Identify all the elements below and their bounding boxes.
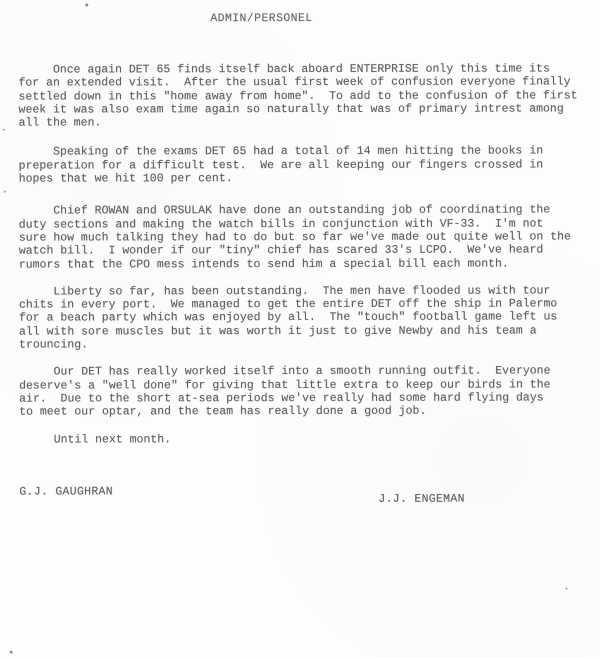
paragraph-smooth-running-outfit: Our DET has really worked itself into a …	[19, 365, 590, 419]
paragraph-exams: Speaking of the exams DET 65 had a total…	[19, 145, 590, 186]
document-body: Once again DET 65 finds itself back aboa…	[18, 62, 590, 525]
scan-speck	[85, 3, 88, 6]
page-title: ADMIN/PERSONEL	[210, 12, 312, 25]
signature-engeman: J.J. ENGEMAN	[378, 492, 464, 505]
paragraph-det65-back-aboard: Once again DET 65 finds itself back aboa…	[18, 62, 589, 130]
signature-row: G.J. GAUGHRAN J.J. ENGEMAN	[19, 484, 590, 525]
scan-speck	[4, 191, 6, 193]
paragraph-chiefs-watch-bills: Chief ROWAN and ORSULAK have done an out…	[19, 204, 590, 272]
scan-speck	[566, 587, 568, 589]
signature-gaughran: G.J. GAUGHRAN	[19, 485, 113, 498]
paragraph-closing: Until next month.	[19, 432, 590, 446]
scan-speck	[10, 651, 13, 654]
scan-speck	[3, 129, 5, 131]
scanned-document-page: ADMIN/PERSONEL Once again DET 65 finds i…	[0, 0, 600, 658]
paragraph-liberty: Liberty so far, has been outstanding. Th…	[19, 284, 590, 352]
